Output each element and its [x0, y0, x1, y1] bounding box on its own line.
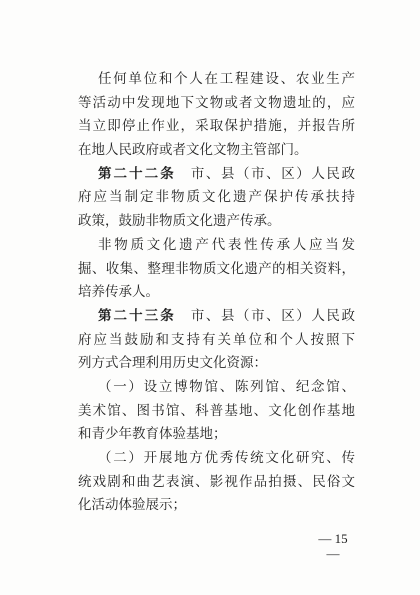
line-text: 非物质文化遗产代表性传承人应当发 — [98, 237, 355, 252]
line-text: （一）设立博物馆、陈列馆、纪念馆、 — [98, 379, 355, 394]
article-number: 第二十三条 — [98, 308, 176, 324]
line-text: 化活动体验展示； — [78, 497, 186, 512]
text-line: 列方式合理利用历史文化资源： — [78, 351, 355, 375]
text-line: 统戏剧和曲艺表演、影视作品拍摄、民俗文 — [78, 470, 355, 494]
line-text: 任何单位和个人在工程建设、农业生产 — [98, 71, 355, 86]
line-text: 府应当制定非物质文化遗产保护传承扶持 — [78, 189, 355, 204]
text-line: 在地人民政府或者文化文物主管部门。 — [78, 138, 355, 162]
text-line: 府应当制定非物质文化遗产保护传承扶持 — [78, 185, 355, 209]
line-text: 美术馆、图书馆、科普基地、文化创作基地 — [78, 403, 355, 418]
text-line: 等活动中发现地下文物或者文物遗址的，应 — [78, 91, 355, 115]
text-line: 和青少年教育体验基地； — [78, 422, 355, 446]
line-text: 当立即停止作业，采取保护措施，并报告所 — [78, 118, 355, 133]
text-line: 非物质文化遗产代表性传承人应当发 — [78, 233, 355, 257]
text-line: 府应当鼓励和支持有关单位和个人按照下 — [78, 328, 355, 352]
line-text: 列方式合理利用历史文化资源： — [78, 355, 267, 370]
text-line: 培养传承人。 — [78, 280, 355, 304]
text-line: （二）开展地方优秀传统文化研究、传 — [78, 446, 355, 470]
line-text: 掘、收集、整理非物质文化遗产的相关资料， — [78, 261, 355, 276]
page-number: — 15 — — [311, 531, 355, 561]
document-text-block: 任何单位和个人在工程建设、农业生产 等活动中发现地下文物或者文物遗址的，应 当立… — [78, 67, 355, 517]
document-page: 任何单位和个人在工程建设、农业生产 等活动中发现地下文物或者文物遗址的，应 当立… — [0, 0, 420, 595]
article-number: 第二十二条 — [98, 166, 176, 182]
line-text: 和青少年教育体验基地； — [78, 426, 227, 441]
text-line: 美术馆、图书馆、科普基地、文化创作基地 — [78, 399, 355, 423]
text-line: 化活动体验展示； — [78, 493, 355, 517]
line-text: 在地人民政府或者文化文物主管部门。 — [78, 142, 308, 157]
text-line: 第二十三条 市、县（市、区）人民政 — [78, 304, 355, 328]
line-text: 统戏剧和曲艺表演、影视作品拍摄、民俗文 — [78, 474, 355, 489]
text-line: 任何单位和个人在工程建设、农业生产 — [78, 67, 355, 91]
line-text: 市、县（市、区）人民政 — [176, 308, 355, 323]
line-text: 等活动中发现地下文物或者文物遗址的，应 — [78, 95, 355, 110]
line-text: （二）开展地方优秀传统文化研究、传 — [98, 450, 355, 465]
line-text: 政策，鼓励非物质文化遗产传承。 — [78, 213, 281, 228]
text-line: 掘、收集、整理非物质文化遗产的相关资料， — [78, 257, 355, 281]
text-line: 政策，鼓励非物质文化遗产传承。 — [78, 209, 355, 233]
line-text: 府应当鼓励和支持有关单位和个人按照下 — [78, 332, 355, 347]
text-line: 第二十二条 市、县（市、区）人民政 — [78, 162, 355, 186]
text-line: （一）设立博物馆、陈列馆、纪念馆、 — [78, 375, 355, 399]
text-line: 当立即停止作业，采取保护措施，并报告所 — [78, 114, 355, 138]
line-text: 培养传承人。 — [78, 284, 159, 299]
line-text: 市、县（市、区）人民政 — [176, 166, 355, 181]
